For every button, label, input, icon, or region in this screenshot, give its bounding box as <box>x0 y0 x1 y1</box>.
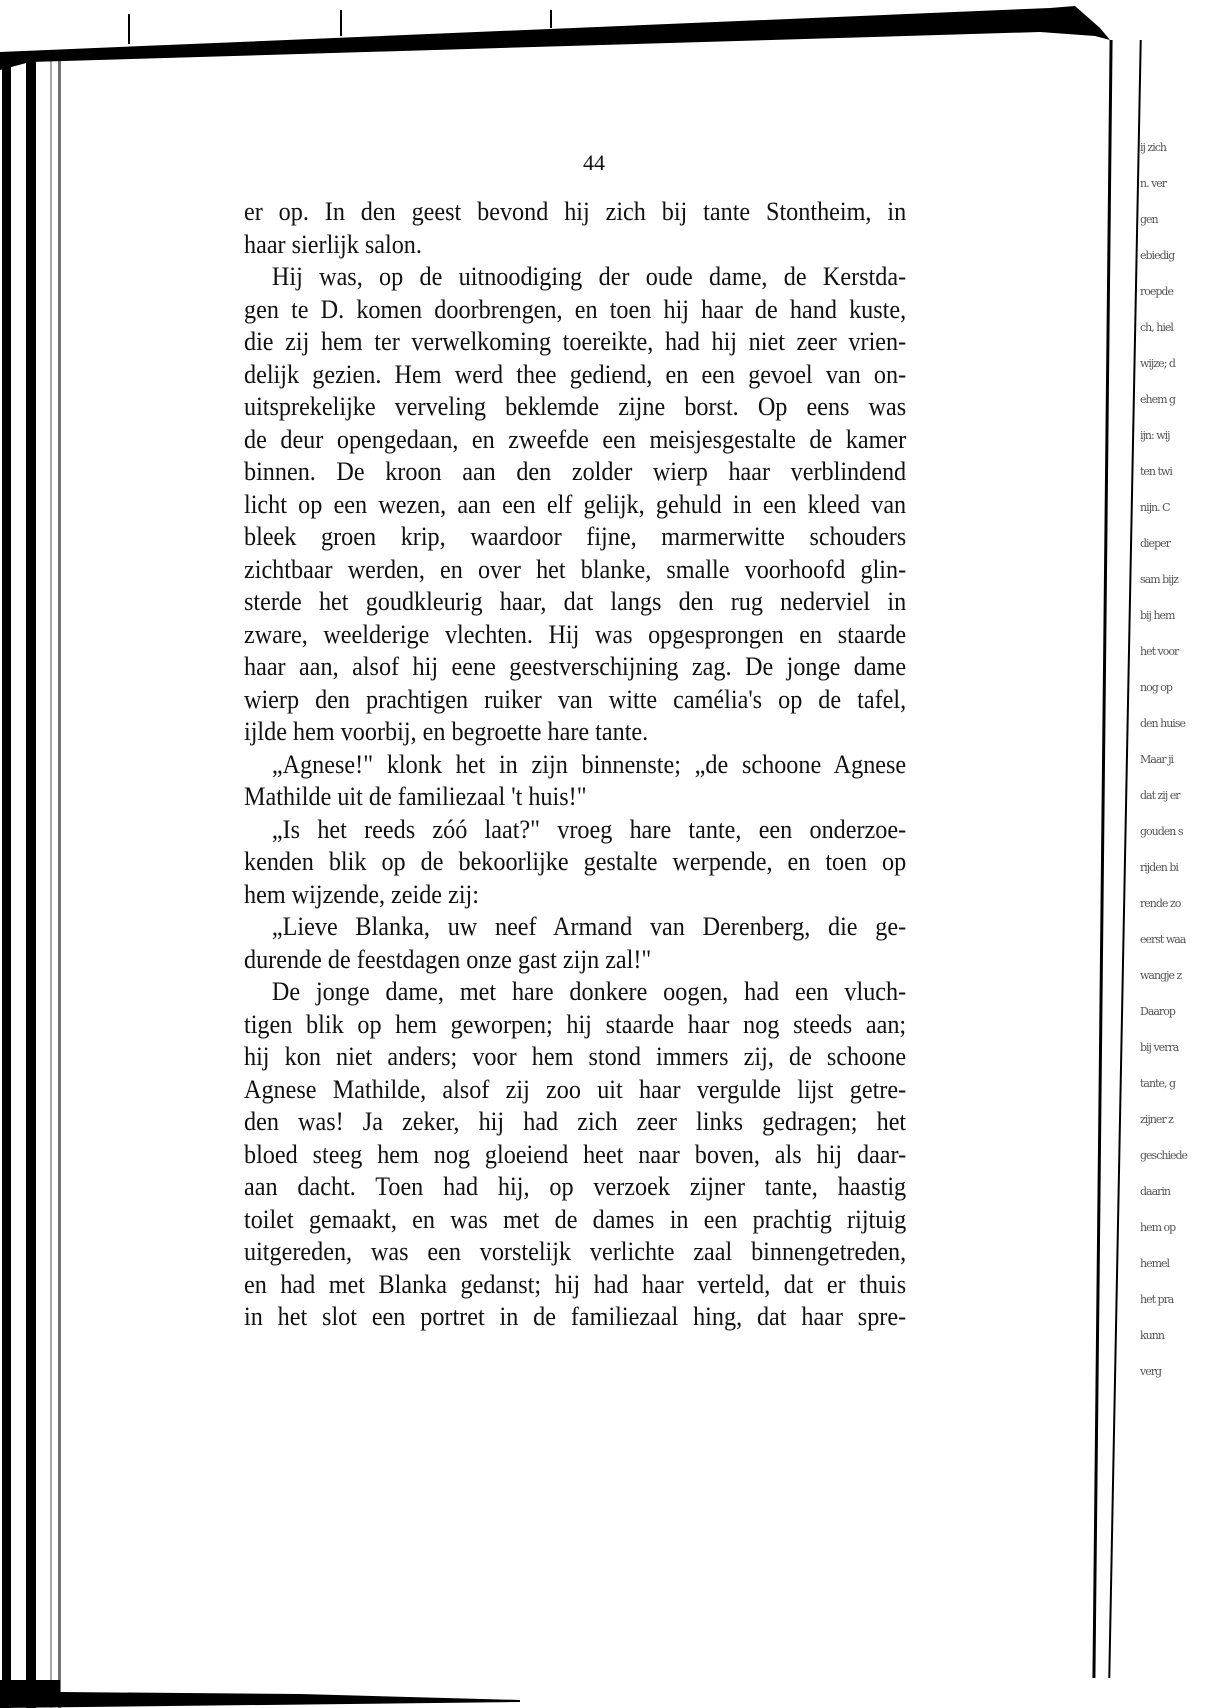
text-line: er op. In den geest bevond hij zich bij … <box>244 196 906 229</box>
text-line: in het slot een portret in de familiezaa… <box>244 1301 906 1334</box>
right-page-edge <box>1108 40 1141 1678</box>
text-block: er op. In den geest bevond hij zich bij … <box>244 196 906 1334</box>
left-page-edge <box>50 60 52 1708</box>
text-line: gen te D. komen doorbrengen, en toen hij… <box>244 294 906 327</box>
right-page-edge <box>1092 40 1112 1678</box>
text-line: binnen. De kroon aan den zolder wierp ha… <box>244 456 906 489</box>
edge-tick <box>340 10 342 36</box>
text-line: ijlde hem voorbij, en begroette hare tan… <box>244 716 906 749</box>
book-binding-bottom-edge <box>0 1680 520 1708</box>
text-line: haar aan, alsof hij eene geestverschijni… <box>244 651 906 684</box>
text-line: haar sierlijk salon. <box>244 229 906 262</box>
edge-tick <box>128 14 130 44</box>
text-line: „Is het reeds zóó laat?" vroeg hare tant… <box>244 814 906 847</box>
text-line: de deur opengedaan, en zweefde een meisj… <box>244 424 906 457</box>
page-body: 44 er op. In den geest bevond hij zich b… <box>244 150 906 1334</box>
text-line: sterde het goudkleurig haar, dat langs d… <box>244 586 906 619</box>
text-line: hij kon niet anders; voor hem stond imme… <box>244 1041 906 1074</box>
text-line: toilet gemaakt, en was met de dames in e… <box>244 1204 906 1237</box>
text-line: en had met Blanka gedanst; hij had haar … <box>244 1269 906 1302</box>
left-page-edge <box>2 60 11 1708</box>
text-line: De jonge dame, met hare donkere oogen, h… <box>244 976 906 1009</box>
bleed-through-text: ij zich n. ver gen ebiedig roepde ch, hi… <box>1140 130 1220 1430</box>
scanned-page: ij zich n. ver gen ebiedig roepde ch, hi… <box>0 0 1224 1708</box>
text-line: zichtbaar werden, en over het blanke, sm… <box>244 554 906 587</box>
text-line: licht op een wezen, aan een elf gelijk, … <box>244 489 906 522</box>
left-page-edge <box>26 60 36 1708</box>
text-line: zware, weelderige vlechten. Hij was opge… <box>244 619 906 652</box>
text-line: aan dacht. Toen had hij, op verzoek zijn… <box>244 1171 906 1204</box>
text-line: uitgereden, was een vorstelijk verlichte… <box>244 1236 906 1269</box>
edge-tick <box>550 10 552 28</box>
text-line: durende de feestdagen onze gast zijn zal… <box>244 944 906 977</box>
text-line: bleek groen krip, waardoor fijne, marmer… <box>244 521 906 554</box>
text-line: Mathilde uit de familiezaal 't huis!" <box>244 781 906 814</box>
text-line: „Agnese!" klonk het in zijn binnenste; „… <box>244 749 906 782</box>
page-number: 44 <box>282 150 906 176</box>
text-line: kenden blik op de bekoorlijke gestalte w… <box>244 846 906 879</box>
book-binding-top-edge <box>0 0 1224 80</box>
text-line: hem wijzende, zeide zij: <box>244 879 906 912</box>
text-line: delijk gezien. Hem werd thee gediend, en… <box>244 359 906 392</box>
text-line: uitsprekelijke verveling beklemde zijne … <box>244 391 906 424</box>
text-line: die zij hem ter verwelkoming toereikte, … <box>244 326 906 359</box>
text-line: bloed steeg hem nog gloeiend heet naar b… <box>244 1139 906 1172</box>
text-line: Agnese Mathilde, alsof zij zoo uit haar … <box>244 1074 906 1107</box>
text-line: „Lieve Blanka, uw neef Armand van Derenb… <box>244 911 906 944</box>
text-line: tigen blik op hem geworpen; hij staarde … <box>244 1009 906 1042</box>
text-line: Hij was, op de uitnoodiging der oude dam… <box>244 261 906 294</box>
text-line: wierp den prachtigen ruiker van witte ca… <box>244 684 906 717</box>
text-line: den was! Ja zeker, hij had zich zeer lin… <box>244 1106 906 1139</box>
left-page-edge <box>58 60 61 1708</box>
